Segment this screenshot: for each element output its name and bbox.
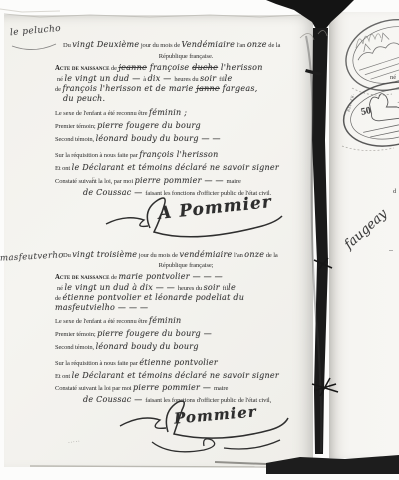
- handwritten-text: marie pontvolier — — —: [118, 272, 222, 281]
- printed-text: l'an: [235, 42, 247, 49]
- handwritten-struck-text: duche: [192, 63, 218, 72]
- act-line: de françois l'herisson et de marie janne…: [55, 82, 317, 92]
- adjacent-page-handwriting: faugeay: [342, 207, 391, 253]
- act-line: de étienne pontvolier et léonarde podeli…: [55, 291, 317, 301]
- handwritten-text: le Déclarant et témoins déclaré ne savoi…: [72, 163, 279, 172]
- printed-heading: Acte de naissance: [55, 65, 109, 72]
- handwritten-struck-text: jeanne: [118, 63, 147, 72]
- handwritten-struck-text: janne: [196, 84, 220, 93]
- printed-text: Le sexe de l'enfant a été reconnu être: [55, 110, 149, 117]
- adjacent-page-fragment: ..: [389, 244, 393, 253]
- act-line: Le sexe de l'enfant a été reconnu être f…: [55, 314, 317, 324]
- handwritten-text: onze: [247, 40, 267, 49]
- printed-text: Second témoin,: [55, 344, 96, 351]
- printed-text: Premier témoin;: [55, 123, 97, 130]
- act-line: Du vingt Deuxième jour du mois de Vendém…: [63, 38, 317, 48]
- stamp-value-label: 50: [360, 105, 372, 118]
- handwritten-text: pierre pommier —: [133, 383, 214, 392]
- act-line: Premier témoin; pierre fougere du bourg: [55, 119, 317, 129]
- printed-text: Et ont: [55, 373, 72, 380]
- handwritten-text: le Déclarant et témoins déclaré ne savoi…: [72, 371, 279, 380]
- handwritten-text: onze: [244, 250, 264, 259]
- handwritten-text: du peuch.: [63, 94, 105, 103]
- printed-text: de la: [267, 42, 280, 49]
- printed-text: Et ont: [55, 165, 72, 172]
- printed-text: maire: [227, 178, 241, 185]
- act-line: Premier témoin; pierre fougere du bourg …: [55, 327, 317, 337]
- ink-speck: .....: [68, 437, 81, 445]
- birth-act-2: Du vingt troisième jour du mois de vendé…: [55, 248, 317, 403]
- act-line: Acte de naissance de marie pontvolier — …: [55, 270, 317, 280]
- handwritten-text: masfeutvielho — — —: [55, 303, 148, 312]
- document-text-layer: le pelucho masfeutverho Du vingt Deuxièm…: [0, 0, 399, 480]
- handwritten-text: étienne pontvolier: [139, 358, 218, 367]
- handwritten-text: léonard boudy du bourg — —: [96, 134, 221, 143]
- ink-speck: c: [92, 176, 96, 182]
- printed-heading: Acte de naissance: [55, 274, 109, 281]
- signature-act1: A Pommier: [100, 194, 310, 242]
- handwritten-text: féminin ;: [149, 108, 187, 117]
- handwritten-text: pierre pommier — —: [135, 176, 227, 185]
- handwritten-text: l'herisson: [218, 63, 263, 72]
- act-line: né le vingt un dud — à dix — heures du s…: [57, 72, 317, 82]
- handwritten-text: pierre fougere du bourg: [97, 121, 201, 130]
- printed-text: Premier témoin;: [55, 331, 97, 338]
- printed-text: maire: [214, 385, 228, 392]
- act-line: République française.: [55, 49, 317, 59]
- act-line: Et ont le Déclarant et témoins déclaré n…: [55, 161, 317, 171]
- printed-text: République française.: [159, 53, 214, 60]
- signature-act2: Pommier: [112, 398, 322, 458]
- act-line: masfeutvielho — — —: [55, 301, 317, 311]
- handwritten-text: vingt Deuxième: [72, 40, 139, 49]
- adjacent-page-fragment: né: [390, 74, 396, 81]
- act-line: République française;: [55, 258, 317, 268]
- handwritten-text: vingt troisième: [72, 250, 137, 259]
- printed-text: jour du mois de: [139, 42, 181, 49]
- birth-act-1: Du vingt Deuxième jour du mois de Vendém…: [55, 38, 317, 196]
- act-line: du peuch.: [63, 92, 317, 102]
- act-line: Second témoin, léonard boudy du bourg: [55, 340, 317, 350]
- printed-text: Constaté suivant la loi par moi: [55, 385, 133, 392]
- printed-text: Sur la réquisition à nous faite par: [55, 152, 139, 159]
- printed-text: Le sexe de l'enfant a été reconnu être: [55, 318, 149, 325]
- adjacent-page-fragment: d: [393, 188, 396, 195]
- act-line: Le sexe de l'enfant a été reconnu être f…: [55, 106, 317, 116]
- act-line: né le vingt un dud à dix — — heures du s…: [57, 281, 317, 291]
- printed-text: Du: [63, 42, 72, 49]
- handwritten-text: léonard boudy du bourg: [96, 342, 199, 351]
- printed-text: Sur la réquisition à nous faite par: [55, 360, 139, 367]
- printed-text: Second témoin,: [55, 136, 96, 143]
- act-line: Acte de naissance de jeanne françoise du…: [55, 61, 317, 71]
- act-line: Sur la réquisition à nous faite par fran…: [55, 148, 317, 158]
- handwritten-text: pierre fougere du bourg —: [97, 329, 212, 338]
- printed-text: de la: [264, 252, 277, 259]
- act-line: Second témoin, léonard boudy du bourg — …: [55, 132, 317, 142]
- handwritten-text: françois l'herisson: [139, 150, 218, 159]
- handwritten-text: françoise: [147, 63, 192, 72]
- margin-note-act1: le pelucho: [10, 24, 62, 38]
- act-line: Et ont le Déclarant et témoins déclaré n…: [55, 369, 317, 379]
- printed-text: République française;: [159, 262, 214, 269]
- stamp-border-label: REP. FR.: [346, 93, 356, 112]
- handwritten-text: féminin: [149, 316, 181, 325]
- act-line: Sur la réquisition à nous faite par étie…: [55, 356, 317, 366]
- handwritten-text: fargeas,: [220, 84, 258, 93]
- act-line: Constaté suivant la loi par moi pierre p…: [55, 381, 317, 391]
- printed-text: Du: [63, 252, 72, 259]
- printed-text: l'an: [233, 252, 245, 259]
- handwritten-text: Vendémiaire: [182, 40, 236, 49]
- act-line: Du vingt troisième jour du mois de vendé…: [63, 248, 317, 258]
- scanned-register-page: le pelucho masfeutverho Du vingt Deuxièm…: [0, 0, 399, 480]
